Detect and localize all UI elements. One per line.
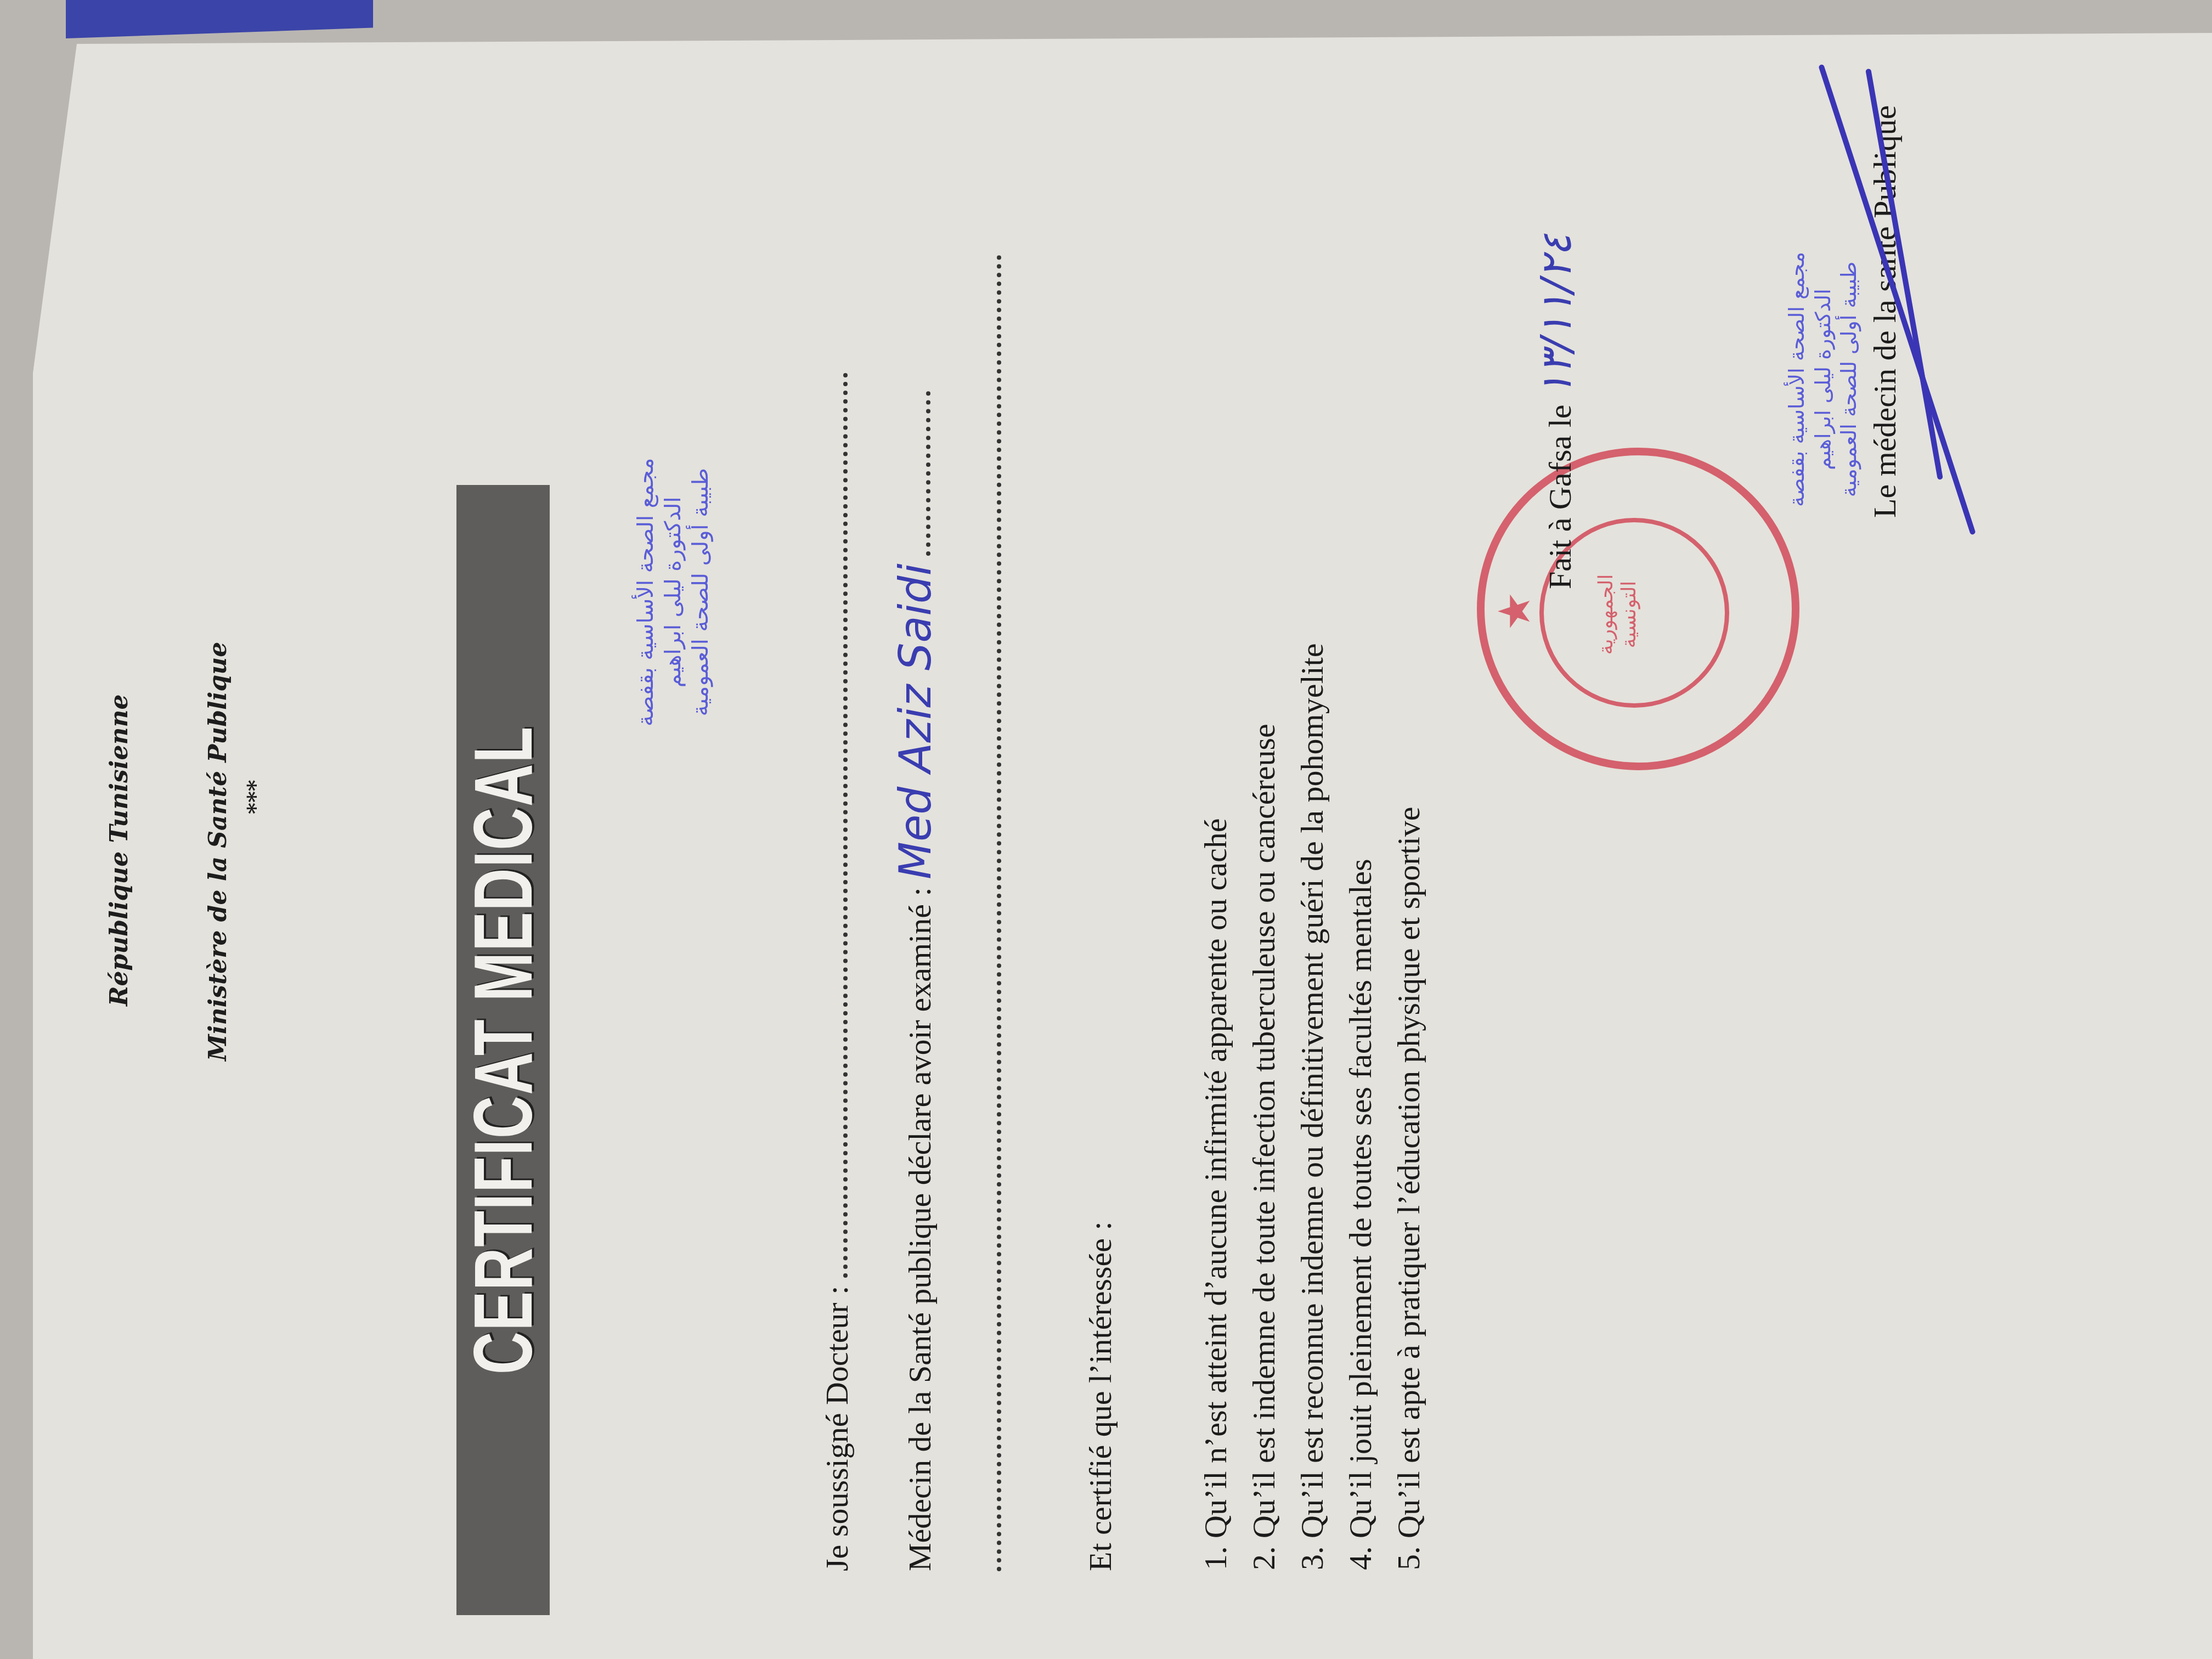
doctor-stamp-line-2: الدكتورة ليلى ابراهيم [659, 458, 687, 726]
signature-stamp-line-2: الدكتورة ليلى ابراهيم [1810, 252, 1837, 507]
background-blue-object [66, 0, 373, 38]
document-rotated: République Tunisienne Ministère de la Sa… [39, 33, 2212, 1659]
certification-item-2: Qu’il est indemne de toute infection tub… [1240, 643, 1288, 1538]
signature-stamp-line-3: طبيبة أولى للصحة العمومية [1836, 252, 1863, 507]
place-date-label: Fait à Gafsa le [1542, 404, 1578, 589]
patient-name-handwritten: Med Aziz Saidi [890, 563, 941, 879]
certify-label: Et certifié que l’intéressée : [1082, 1221, 1119, 1571]
undersigned-label: Je soussigné Docteur : [819, 1286, 855, 1571]
title-bar: CERTIFICAT MEDICAL [456, 485, 550, 1615]
official-stamp-text: الجمهورية التونسية [1594, 549, 1640, 680]
republic-heading: République Tunisienne [105, 695, 133, 1006]
star-icon: ★ [1489, 591, 1541, 631]
patient-name-field[interactable] [915, 391, 930, 556]
physician-line: Médecin de la Santé publique déclare avo… [890, 391, 941, 1571]
physician-label: Médecin de la Santé publique déclare avo… [902, 888, 938, 1572]
doctor-stamp-line-1: مجمع الصحة الأساسية بقفصة [632, 458, 659, 726]
document-content: République Tunisienne Ministère de la Sa… [39, 33, 2212, 1659]
certification-item-3: Qu’il est reconnue indemne ou définitive… [1288, 643, 1336, 1538]
header-separator: *** [242, 780, 268, 814]
date-handwritten: ١٣/١١/٢٤ [1532, 234, 1581, 397]
continuation-field[interactable] [986, 255, 1001, 1571]
certification-item-1: Qu’il n’est atteint d’aucune infirmité a… [1192, 643, 1240, 1538]
place-date-line: Fait à Gafsa le ١٣/١١/٢٤ [1532, 234, 1581, 589]
continuation-line [972, 255, 1009, 1571]
ministry-heading: Ministère de la Santé Publique [204, 642, 232, 1061]
doctor-stamp-line-3: طبيبة أولى للصحة العمومية [687, 458, 714, 726]
document-title: CERTIFICAT MEDICAL [456, 726, 551, 1374]
signature-stamp-line-1: مجمع الصحة الأساسية بقفصة [1784, 252, 1810, 507]
certification-item-4: Qu’il jouit pleinement de toutes ses fac… [1336, 643, 1385, 1538]
doctor-stamp: مجمع الصحة الأساسية بقفصة الدكتورة ليلى … [632, 458, 714, 726]
signature-doctor-stamp: مجمع الصحة الأساسية بقفصة الدكتورة ليلى … [1784, 252, 1863, 507]
certification-item-5: Qu’il est apte à pratiquer l’éducation p… [1385, 643, 1433, 1538]
undersigned-line: Je soussigné Docteur : [819, 373, 855, 1571]
certification-list: Qu’il n’est atteint d’aucune infirmité a… [1192, 643, 1433, 1582]
doctor-name-field[interactable] [832, 373, 848, 1278]
document-paper: République Tunisienne Ministère de la Sa… [33, 33, 2212, 1659]
official-red-stamp: ★ الجمهورية التونسية [1477, 448, 1799, 770]
